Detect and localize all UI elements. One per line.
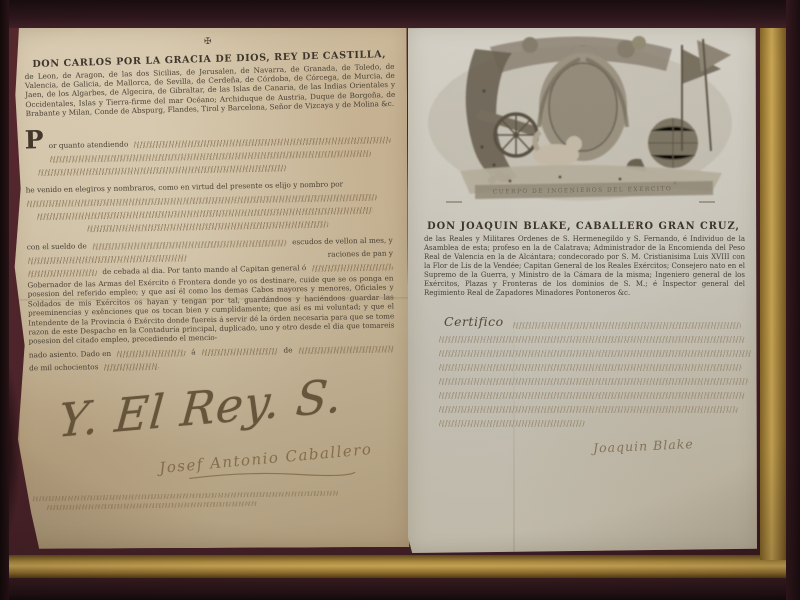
dropcap-p: P [25,130,44,150]
handwritten-script-line [86,221,328,233]
heading-titles: de Leon, de Aragon, de las dos Sicilias,… [25,62,396,118]
handwritten-script-line [103,363,159,371]
salary-prefix: con el sueldo de [27,241,87,251]
handwritten-script-line [133,136,391,148]
handwritten-script-line [37,164,286,176]
mandate-paragraph: Gobernador de las Armas del Exército ó F… [27,274,394,347]
gold-trim-bottom [0,555,800,578]
handwritten-script-line [200,347,278,355]
engraving-art [420,31,745,207]
opening-printed: or quanto atendiendo [49,139,129,150]
handwritten-script-line [92,240,288,251]
framed-documents-photo: ✠ DON CARLOS POR LA GRACIA DE DIOS, REY … [0,0,800,600]
handwritten-script-line [26,194,377,208]
appointment-line: he venido en elegiros y nombraros, como … [26,178,392,194]
gold-trim-right [760,26,786,560]
blake-signature: Joaquin Blake [593,433,757,455]
handwritten-script-line [438,378,749,385]
engraver-credit-mark [446,201,462,203]
handwritten-script-line [116,349,186,357]
handwritten-script-line [438,364,742,371]
frame-top [0,0,800,28]
handwritten-script-line [438,406,738,413]
barley-line: de cebada al dia. Por tanto mando al Cap… [102,263,306,276]
handwritten-script-line [438,350,752,357]
handwritten-script-line [438,392,745,399]
handwritten-annotation-line [46,501,258,510]
royal-heading: DON CARLOS POR LA GRACIA DE DIOS, REY DE… [24,49,396,118]
right-document: CUERPO DE INGENIEROS DEL EXERCITO DON JO… [408,26,757,553]
engraver-credit-mark [699,201,715,203]
handwritten-script-line [438,420,585,427]
certify-label: Certifico [444,314,504,329]
frame-right [786,0,800,600]
title-line1: DON JOAQUIN BLAKE, CABALLERO GRAN CRUZ, [418,221,749,232]
left-document: ✠ DON CARLOS POR LA GRACIA DE DIOS, REY … [9,25,410,549]
handwritten-script-line [27,254,187,264]
frame-bottom [0,578,800,600]
handwritten-script-line [27,269,97,277]
handwritten-script-line [49,150,371,163]
dado-line: nado asiento. Dado en [29,348,111,359]
cross-ornament-icon: ✠ [9,25,407,48]
salary-suffix: escudos de vellon al mes, y [292,236,393,247]
handwritten-script-line [311,264,393,273]
royal-signature: Y. El Rey. S. [56,363,397,448]
handwritten-script-line [512,322,741,329]
handwritten-annotation-line [32,490,339,501]
dado-de: de [283,345,292,354]
handwritten-script-line [297,345,394,354]
year-line: de mil ochocientos [29,362,98,372]
handwritten-script-line [438,336,745,343]
title-body: de las Reales y Militares Ordenes de S. … [424,235,745,298]
frame-left [0,0,9,600]
handwritten-script-line [36,207,373,220]
dado-a: á [191,347,196,356]
rations-suffix: raciones de pan y [328,249,393,259]
engraving-vignette: CUERPO DE INGENIEROS DEL EXERCITO [420,31,745,207]
